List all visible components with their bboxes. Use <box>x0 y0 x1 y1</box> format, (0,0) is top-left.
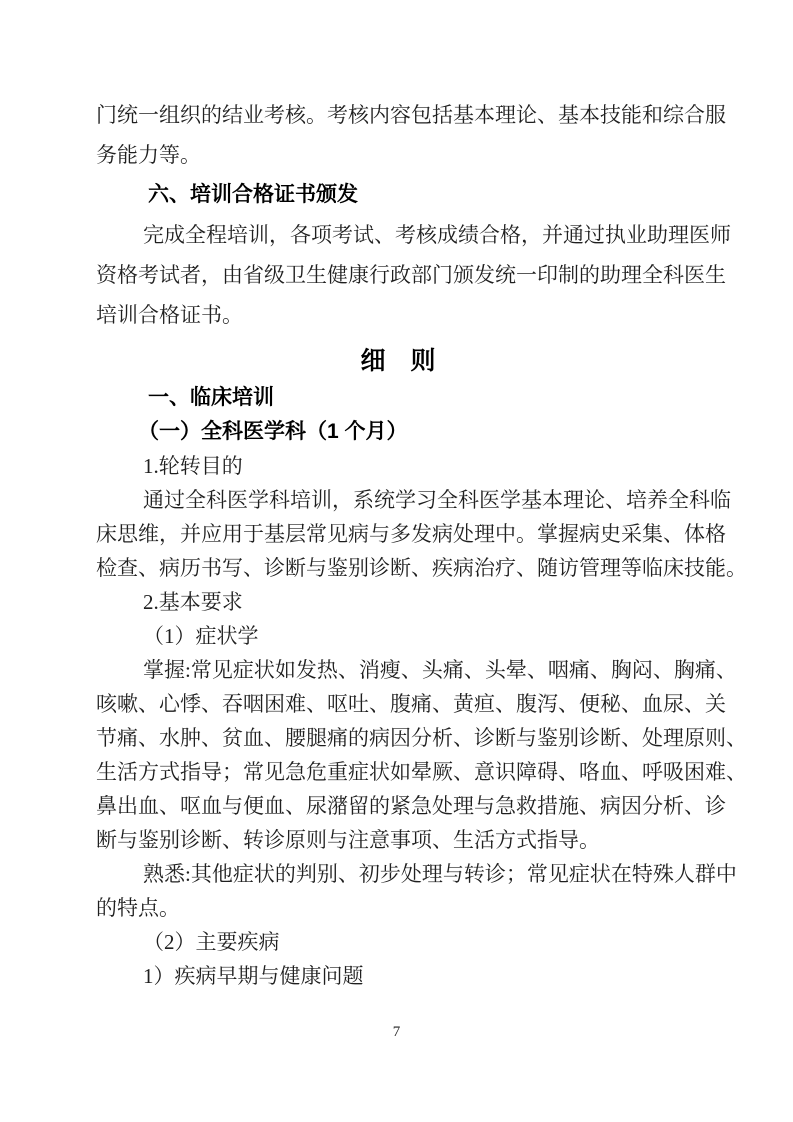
doc-line: 通过全科医学科培训，系统学习全科医学基本理论、培养全科临 <box>96 483 700 517</box>
detail-section: 一、临床培训 （一）全科医学科（1 个月） 1.轮转目的 通过全科医学科培训，系… <box>96 381 700 993</box>
subheading-basic-req: 2.基本要求 <box>96 585 700 619</box>
doc-line: 检查、病历书写、诊断与鉴别诊断、疾病治疗、随访管理等临床技能。 <box>96 551 700 585</box>
page-number: 7 <box>0 1022 793 1042</box>
document-page: 门统一组织的结业考核。考核内容包括基本理论、基本技能和综合服 务能力等。 六、培… <box>0 0 793 1122</box>
heading-clinical-training: 一、临床培训 <box>96 381 700 415</box>
subheading-early-disease: 1）疾病早期与健康问题 <box>96 959 700 993</box>
heading-general-medicine: （一）全科医学科（1 个月） <box>96 415 700 449</box>
heading-certificate-issue: 六、培训合格证书颁发 <box>96 175 700 215</box>
doc-line: 床思维，并应用于基层常见病与多发病处理中。掌握病史采集、体格 <box>96 517 700 551</box>
doc-line: 生活方式指导；常见急危重症状如晕厥、意识障碍、咯血、呼吸困难、 <box>96 755 700 789</box>
doc-line: 完成全程培训，各项考试、考核成绩合格，并通过执业助理医师 <box>96 215 700 255</box>
doc-line: 资格考试者，由省级卫生健康行政部门颁发统一印制的助理全科医生 <box>96 255 700 295</box>
doc-line: 培训合格证书。 <box>96 295 700 335</box>
doc-line: 掌握:常见症状如发热、消瘦、头痛、头晕、咽痛、胸闷、胸痛、 <box>96 653 700 687</box>
doc-line: 的特点。 <box>96 891 700 925</box>
subheading-main-diseases: （2）主要疾病 <box>96 925 700 959</box>
doc-line: 务能力等。 <box>96 135 700 175</box>
top-section: 门统一组织的结业考核。考核内容包括基本理论、基本技能和综合服 务能力等。 六、培… <box>96 95 700 335</box>
doc-title: 细 则 <box>96 341 700 381</box>
doc-line: 节痛、水肿、贫血、腰腿痛的病因分析、诊断与鉴别诊断、处理原则、 <box>96 721 700 755</box>
doc-line: 咳嗽、心悸、吞咽困难、呕吐、腹痛、黄疸、腹泻、便秘、血尿、关 <box>96 687 700 721</box>
doc-line: 熟悉:其他症状的判别、初步处理与转诊；常见症状在特殊人群中 <box>96 857 700 891</box>
subheading-symptomatology: （1）症状学 <box>96 619 700 653</box>
doc-line: 鼻出血、呕血与便血、尿潴留的紧急处理与急救措施、病因分析、诊 <box>96 789 700 823</box>
doc-line: 断与鉴别诊断、转诊原则与注意事项、生活方式指导。 <box>96 823 700 857</box>
subheading-rotation-goal: 1.轮转目的 <box>96 449 700 483</box>
doc-line: 门统一组织的结业考核。考核内容包括基本理论、基本技能和综合服 <box>96 95 700 135</box>
